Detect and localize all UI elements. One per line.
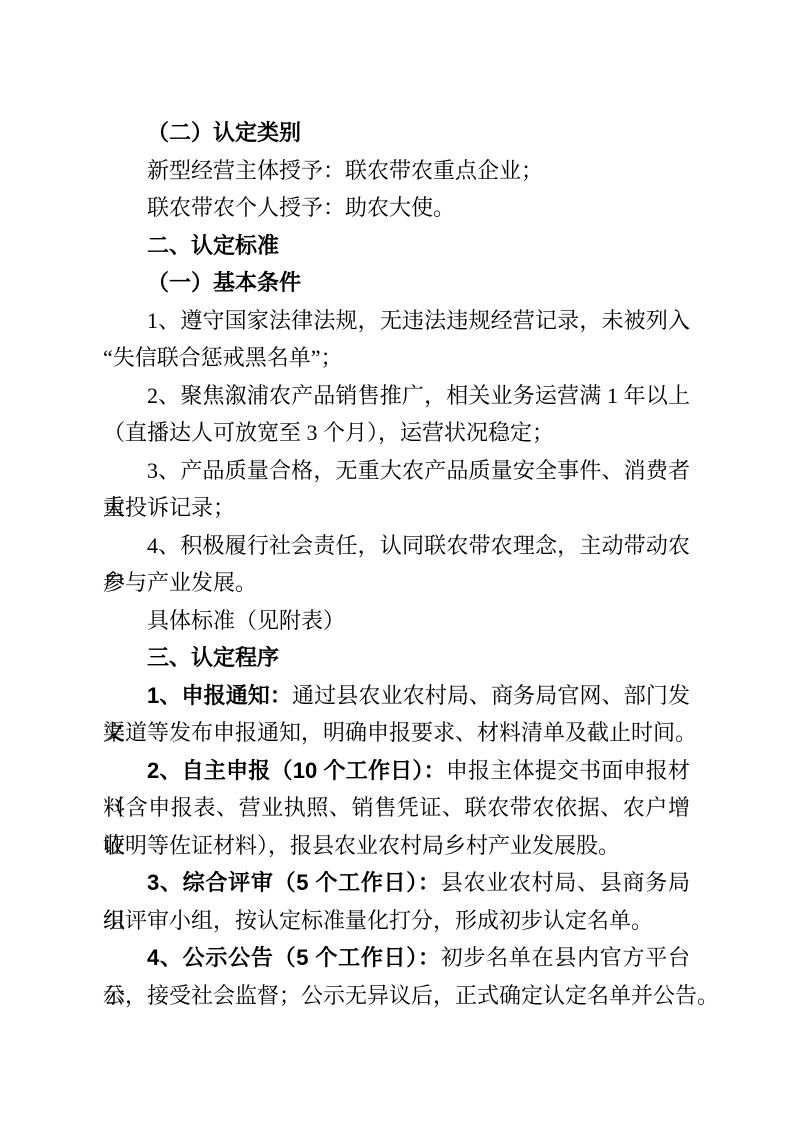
heading-certification-procedure: 三、认定程序 bbox=[103, 639, 690, 677]
procedure-step-1-lead: 1、申报通知： bbox=[147, 683, 292, 708]
heading-certification-category: （二）认定类别 bbox=[103, 114, 690, 152]
procedure-step-2-line-2: （含申报表、营业执照、销售凭证、联农带农依据、农户增收 bbox=[103, 789, 690, 827]
para-entity-award-line: 新型经营主体授予：联农带农重点企业； bbox=[103, 152, 690, 190]
condition-4-line-1: 4、积极履行社会责任，认同联农带农理念，主动带动农户 bbox=[103, 527, 690, 565]
procedure-step-3-line-2: 织评审小组，按认定标准量化打分，形成初步认定名单。 bbox=[103, 902, 690, 940]
procedure-step-2-lead: 2、自主申报（10 个工作日）： bbox=[147, 758, 446, 783]
procedure-step-4-lead: 4、公示公告（5 个工作日）： bbox=[147, 945, 441, 970]
procedure-step-2-line-1: 2、自主申报（10 个工作日）：申报主体提交书面申报材料 bbox=[103, 752, 690, 790]
procedure-step-1-line-1: 1、申报通知：通过县农业农村局、商务局官网、部门发文 bbox=[103, 677, 690, 715]
procedure-step-4-line-2: 示，接受社会监督；公示无异议后，正式确定认定名单并公告。 bbox=[103, 977, 690, 1015]
condition-1-line-1: 1、遵守国家法律法规，无违法违规经营记录，未被列入 bbox=[103, 302, 690, 340]
condition-3-line-1: 3、产品质量合格，无重大农产品质量安全事件、消费者重 bbox=[103, 452, 690, 490]
para-individual-award-line: 联农带农个人授予：助农大使。 bbox=[103, 189, 690, 227]
procedure-step-3-lead: 3、综合评审（5 个工作日）： bbox=[147, 870, 441, 895]
procedure-step-2-line-3: 证明等佐证材料），报县农业农村局乡村产业发展股。 bbox=[103, 827, 690, 865]
heading-basic-conditions: （一）基本条件 bbox=[103, 264, 690, 302]
condition-4-line-2: 参与产业发展。 bbox=[103, 564, 690, 602]
procedure-step-4-line-1: 4、公示公告（5 个工作日）：初步名单在县内官方平台公 bbox=[103, 939, 690, 977]
condition-3-line-2: 大投诉记录； bbox=[103, 489, 690, 527]
procedure-step-1-line-2: 渠道等发布申报通知，明确申报要求、材料清单及截止时间。 bbox=[103, 714, 690, 752]
condition-2-line-1: 2、聚焦溆浦农产品销售推广，相关业务运营满 1 年以上 bbox=[103, 377, 690, 415]
procedure-step-3-line-1: 3、综合评审（5 个工作日）：县农业农村局、县商务局组 bbox=[103, 864, 690, 902]
heading-certification-criteria: 二、认定标准 bbox=[103, 227, 690, 265]
condition-2-line-2: （直播达人可放宽至 3 个月），运营状况稳定； bbox=[103, 414, 690, 452]
condition-1-line-2: “失信联合惩戒黑名单”； bbox=[103, 339, 690, 377]
document-page: （二）认定类别 新型经营主体授予：联农带农重点企业； 联农带农个人授予：助农大使… bbox=[0, 0, 793, 1122]
para-detailed-criteria-note: 具体标准（见附表） bbox=[103, 602, 690, 640]
document-body: （二）认定类别 新型经营主体授予：联农带农重点企业； 联农带农个人授予：助农大使… bbox=[103, 114, 690, 1014]
